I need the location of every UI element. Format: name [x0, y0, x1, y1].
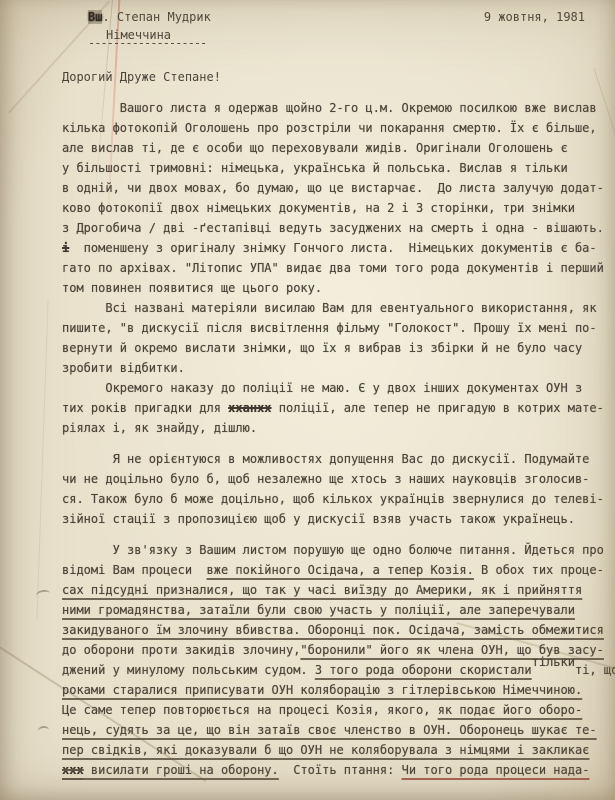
letter-text-segment: чи не доцільно було б, щоб незалежно ще … — [62, 472, 589, 486]
letter-line: Вашого листа я одержав щойно 2-го ц.м. О… — [62, 98, 615, 118]
letter-text-segment: З того рода оборони скористали — [315, 663, 532, 677]
letter-text-segment: ково фотокопії двох німецьких документів… — [62, 201, 575, 215]
letter-line: ріялах і, як знайду, дішлю. — [62, 418, 615, 438]
letter-line: тих років пригадки для хханхх поліції, а… — [62, 398, 615, 418]
letter-line: чи не доцільно було б, щоб незалежно ще … — [62, 469, 615, 489]
letter-page: Вш. Степан Мудрик Німеччина ------------… — [0, 0, 615, 800]
letter-line: вернути й окремо вислати знімки, що їх я… — [62, 338, 615, 358]
letter-line: Я не орієнтуюся в можливостях допущення … — [62, 449, 615, 469]
letter-text-segment: але вислав ті, де є особи що переховувал… — [62, 141, 568, 155]
letter-text-segment: сах підсудні призналися, що так у часі в… — [62, 583, 582, 597]
letter-line: але вислав ті, де є особи що переховувал… — [62, 138, 615, 158]
letter-line: і поменшену з оригіналу знімку Гончого л… — [62, 238, 615, 258]
recipient-name: . Степан Мудрик — [102, 10, 210, 24]
letter-date: 9 жовтня, 1981 — [484, 10, 585, 24]
letter-text-segment: закидуваного їм злочину вбивства. Оборон… — [62, 623, 604, 637]
salutation: Дорогий Друже Степане! — [62, 70, 221, 84]
letter-line: сах підсудні призналися, що так у часі в… — [62, 580, 615, 600]
letter-line: закидуваного їм злочину вбивства. Оборон… — [62, 620, 615, 640]
letter-line: зробити відбитки. — [62, 358, 615, 378]
pencil-margin-mark — [38, 725, 50, 735]
letter-text-segment: Вашого листа я одержав щойно 2-го ц.м. О… — [62, 101, 597, 115]
recipient-underline: ------------------- — [88, 34, 211, 52]
letter-text-segment: у більшості тримовні: німецька, українсь… — [62, 161, 568, 175]
paragraph: Окремого наказу до поліції не маю. Є у д… — [62, 378, 615, 438]
letter-text-segment: Це саме тепер повторюється на процесі Ко… — [62, 703, 438, 717]
letter-line: зійної стації з пропозицією щоб у дискус… — [62, 509, 615, 529]
pencil-margin-mark — [35, 589, 50, 600]
recipient-honorific: Вш — [88, 10, 102, 24]
letter-line: в одній, чи двох мовах, бо думаю, що це … — [62, 178, 615, 198]
letter-line: відомі Вам процеси вже покійного Осідача… — [62, 560, 615, 580]
letter-line: гато по архівах. "Літопис УПА" видає два… — [62, 258, 615, 278]
letter-body: Вашого листа я одержав щойно 2-го ц.м. О… — [62, 98, 615, 780]
letter-text-segment: У зв'язку з Вашим листом порушую ще одно… — [62, 543, 604, 557]
letter-text-segment: гато по архівах. "Літопис УПА" видає два… — [62, 261, 604, 275]
letter-line: ково фотокопії двох німецьких документів… — [62, 198, 615, 218]
letter-line: з Дрогобича / дві -ґестапівці ведуть зас… — [62, 218, 615, 238]
letter-text-segment: Я не орієнтуюся в можливостях допущення … — [62, 452, 589, 466]
letter-text-segment: висилати гроші на оборону. — [84, 763, 279, 777]
letter-text-segment: як подає його оборо- — [438, 703, 583, 717]
letter-text-segment: тих років пригадки для — [62, 401, 228, 415]
letter-text-segment: Чи того рода процеси нада- — [402, 763, 590, 777]
letter-line: Це саме тепер повторюється на процесі Ко… — [62, 700, 615, 720]
crease-mark — [36, 300, 48, 620]
letter-line: пишите, "в дискусії після висвітлення фі… — [62, 318, 615, 338]
letter-text-segment: поліції, але тепер не пригадую в котрих … — [272, 401, 604, 415]
letter-text-segment: ті, що — [575, 663, 615, 677]
letter-text-segment: ся. Також було б може доцільно, щоб кіль… — [62, 492, 604, 506]
letter-text-segment: хханхх — [228, 401, 271, 415]
letter-text-segment: том повинен появитися ще цього року. — [62, 281, 322, 295]
letter-text-segment: нець, судять за це, що він затаїв своє ч… — [62, 723, 597, 737]
letter-line: ними громадянства, затаїли були свою уча… — [62, 600, 615, 620]
letter-line: Окремого наказу до поліції не маю. Є у д… — [62, 378, 615, 398]
paragraph: Я не орієнтуюся в можливостях допущення … — [62, 449, 615, 529]
letter-text-segment: пишите, "в дискусії після висвітлення фі… — [62, 321, 597, 335]
recipient-name-line: Вш. Степан Мудрик — [88, 8, 211, 26]
letter-line: пер свідків, які доказували б що ОУН не … — [62, 740, 615, 760]
letter-text-segment: зійної стації з пропозицією щоб у дискус… — [62, 512, 575, 526]
letter-text-segment: з Дрогобича / дві -ґестапівці ведуть зас… — [62, 221, 604, 235]
letter-line: нець, судять за це, що він затаїв своє ч… — [62, 720, 615, 740]
letter-text-segment: поменшену з оригіналу знімку Гончого лис… — [69, 241, 596, 255]
paragraph: Всі названі матеріяли висилаю Вам для ев… — [62, 298, 615, 378]
letter-text-segment: В обох тих проце- — [474, 563, 604, 577]
letter-text-segment: Окремого наказу до поліції не маю. Є у д… — [62, 381, 582, 395]
letter-text-segment: Всі названі матеріяли висилаю Вам для ев… — [62, 301, 597, 315]
letter-line: кілька фотокопій Оголошень про розстріли… — [62, 118, 615, 138]
letter-text-segment: тільки — [532, 652, 575, 672]
letter-header: Вш. Степан Мудрик Німеччина ------------… — [88, 8, 211, 52]
letter-text-segment: Стоїть птання: — [279, 763, 402, 777]
letter-line: джений у минулому польським судом. З тог… — [62, 660, 615, 680]
letter-line: ся. Також було б може доцільно, щоб кіль… — [62, 489, 615, 509]
letter-text-segment: ними громадянства, затаїли були свою уча… — [62, 603, 575, 617]
letter-text-segment: пер свідків, які доказували б що ОУН не … — [62, 743, 589, 757]
letter-text-segment: ріялах і, як знайду, дішлю. — [62, 421, 257, 435]
letter-text-segment: відомі Вам процеси — [62, 563, 207, 577]
letter-text-segment: в одній, чи двох мовах, бо думаю, що це … — [62, 181, 604, 195]
paragraph: Вашого листа я одержав щойно 2-го ц.м. О… — [62, 98, 615, 298]
letter-text-segment: вернути й окремо вислати знімки, що їх я… — [62, 341, 582, 355]
letter-text-segment: кілька фотокопій Оголошень про розстріли… — [62, 121, 597, 135]
letter-line: ххх висилати гроші на оборону. Стоїть пт… — [62, 760, 615, 780]
letter-line: роками старалися приписувати ОУН колябор… — [62, 680, 615, 700]
letter-text-segment: вже покійного Осідача, а тепер Козія. — [207, 563, 474, 577]
letter-text-segment: ххх — [62, 763, 84, 777]
letter-line: у більшості тримовні: німецька, українсь… — [62, 158, 615, 178]
letter-line: У зв'язку з Вашим листом порушую ще одно… — [62, 540, 615, 560]
letter-text-segment: роками старалися приписувати ОУН колябор… — [62, 683, 582, 697]
letter-text-segment: джений у минулому польським судом. — [62, 663, 315, 677]
paragraph: У зв'язку з Вашим листом порушую ще одно… — [62, 540, 615, 780]
letter-line: Всі названі матеріяли висилаю Вам для ев… — [62, 298, 615, 318]
letter-line: том повинен появитися ще цього року. — [62, 278, 615, 298]
letter-text-segment: зробити відбитки. — [62, 361, 185, 375]
letter-text-segment: до оборони проти закидів злочину, — [62, 643, 300, 657]
